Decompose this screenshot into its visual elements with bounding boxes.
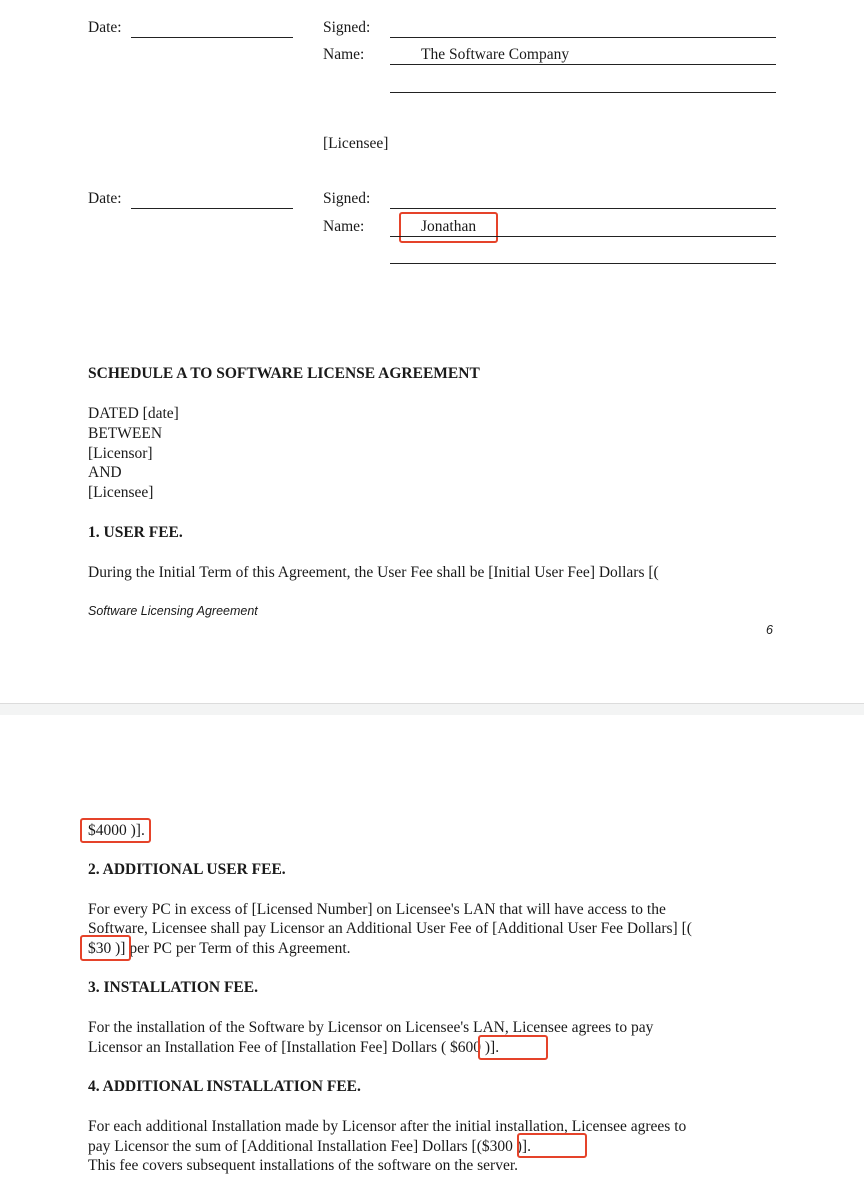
name-label-2: Name: (323, 217, 364, 237)
name-value-1: The Software Company (421, 45, 569, 65)
section-2-text-1: For every PC in excess of [Licensed Numb… (88, 900, 666, 920)
date-line-2 (131, 208, 293, 209)
party-line: DATED [date] (88, 404, 179, 424)
party-line: [Licensor] (88, 444, 153, 464)
section-3-text-2-main: Licensor an Installation Fee of [Install… (88, 1039, 437, 1056)
licensee-label: [Licensee] (323, 134, 388, 154)
section-4-text-3: This fee covers subsequent installations… (88, 1156, 518, 1176)
name-label-1: Name: (323, 45, 364, 65)
name-line-1 (390, 64, 776, 65)
date-label-1: Date: (88, 18, 122, 38)
highlight-user-fee (80, 818, 151, 843)
footer-title: Software Licensing Agreement (88, 604, 258, 618)
section-2-end: per PC per Term of this Agreement. (125, 940, 350, 957)
section-2-text-2: Software, Licensee shall pay Licensor an… (88, 919, 692, 939)
section-3-heading: 3. INSTALLATION FEE. (88, 978, 258, 998)
section-4-text-1: For each additional Installation made by… (88, 1117, 686, 1137)
extra-line-1 (390, 92, 776, 93)
signed-label-1: Signed: (323, 18, 370, 38)
section-4-heading: 4. ADDITIONAL INSTALLATION FEE. (88, 1077, 361, 1097)
section-1-heading: 1. USER FEE. (88, 523, 183, 543)
highlight-installation-fee (478, 1035, 548, 1060)
page-7: $4000 )]. 2. ADDITIONAL USER FEE. For ev… (0, 715, 864, 1187)
section-3-text-1: For the installation of the Software by … (88, 1018, 653, 1038)
page-number: 6 (766, 623, 773, 637)
party-line: BETWEEN (88, 424, 162, 444)
highlight-additional-installation-fee (517, 1133, 587, 1158)
highlight-name-2 (399, 212, 498, 243)
page-6: Date: Signed: Name: The Software Company… (0, 0, 864, 703)
party-line: [Licensee] (88, 483, 153, 503)
signed-line-2 (390, 208, 776, 209)
name-line-2 (390, 236, 776, 237)
section-2-heading: 2. ADDITIONAL USER FEE. (88, 860, 286, 880)
signed-label-2: Signed: (323, 189, 370, 209)
signed-line-1 (390, 37, 776, 38)
section-1-text: During the Initial Term of this Agreemen… (88, 563, 659, 583)
highlight-additional-user-fee (80, 935, 131, 961)
date-line-1 (131, 37, 293, 38)
schedule-title: SCHEDULE A TO SOFTWARE LICENSE AGREEMENT (88, 364, 480, 384)
party-line: AND (88, 463, 122, 483)
section-4-text-2-main: pay Licensor the sum of [Additional Inst… (88, 1138, 468, 1155)
extra-line-2 (390, 263, 776, 264)
date-label-2: Date: (88, 189, 122, 209)
section-3-text-2: Licensor an Installation Fee of [Install… (88, 1038, 499, 1058)
section-4-text-2: pay Licensor the sum of [Additional Inst… (88, 1137, 531, 1157)
